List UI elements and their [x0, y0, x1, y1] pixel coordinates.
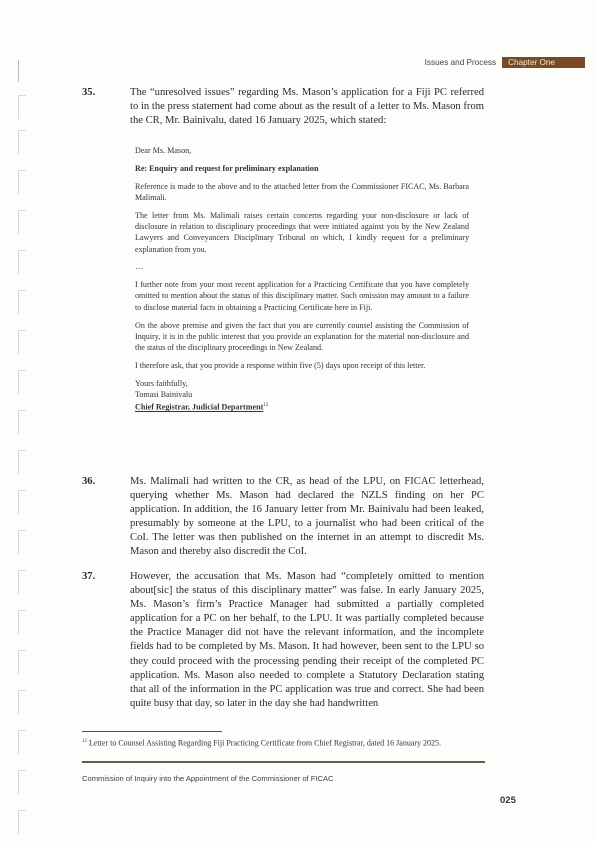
footer-rule — [82, 761, 485, 763]
letter-body-5: I therefore ask, that you provide a resp… — [135, 360, 469, 371]
quoted-letter: Dear Ms. Mason, Re: Enquiry and request … — [135, 145, 469, 413]
letter-subject: Re: Enquiry and request for preliminary … — [135, 163, 469, 174]
footnote-separator — [82, 731, 222, 732]
paragraph-text: However, the accusation that Ms. Mason h… — [130, 570, 484, 711]
paragraph-number: 35. — [82, 86, 95, 100]
letter-salutation: Dear Ms. Mason, — [135, 145, 469, 156]
paragraph-35: 35. The “unresolved issues” regarding Ms… — [82, 86, 484, 128]
paragraph-number: 37. — [82, 570, 95, 584]
header-chapter-badge: Chapter One — [502, 57, 585, 68]
paragraph-text: The “unresolved issues” regarding Ms. Ma… — [130, 86, 484, 128]
letter-signatory-title: Chief Registrar, Judicial Department — [135, 403, 263, 412]
letter-ellipsis: … — [135, 261, 469, 272]
paragraph-37: 37. However, the accusation that Ms. Mas… — [82, 570, 484, 711]
page-number: 025 — [500, 795, 516, 806]
footnote-marker: 12 — [82, 739, 87, 744]
paragraph-36: 36. Ms. Malimali had written to the CR, … — [82, 475, 484, 560]
running-header: Issues and Process Chapter One — [425, 57, 585, 68]
footnote-reference[interactable]: 12 — [263, 403, 268, 408]
letter-body-4: On the above premise and given the fact … — [135, 320, 469, 354]
letter-signatory: Tomasi Bainivalu — [135, 389, 469, 400]
letter-signatory-title-line: Chief Registrar, Judicial Department12 — [135, 400, 469, 413]
paragraph-number: 36. — [82, 475, 95, 489]
paragraph-text: Ms. Malimali had written to the CR, as h… — [130, 475, 484, 560]
footnote: 12 Letter to Counsel Assisting Regarding… — [82, 737, 482, 749]
letter-body-3: I further note from your most recent app… — [135, 279, 469, 313]
header-section: Issues and Process — [425, 58, 496, 67]
letter-body-2: The letter from Ms. Malimali raises cert… — [135, 210, 469, 255]
footnote-text: Letter to Counsel Assisting Regarding Fi… — [89, 739, 441, 748]
letter-body-1: Reference is made to the above and to th… — [135, 181, 469, 204]
letter-closing: Yours faithfully, — [135, 378, 469, 389]
footer-title: Commission of Inquiry into the Appointme… — [82, 774, 334, 783]
